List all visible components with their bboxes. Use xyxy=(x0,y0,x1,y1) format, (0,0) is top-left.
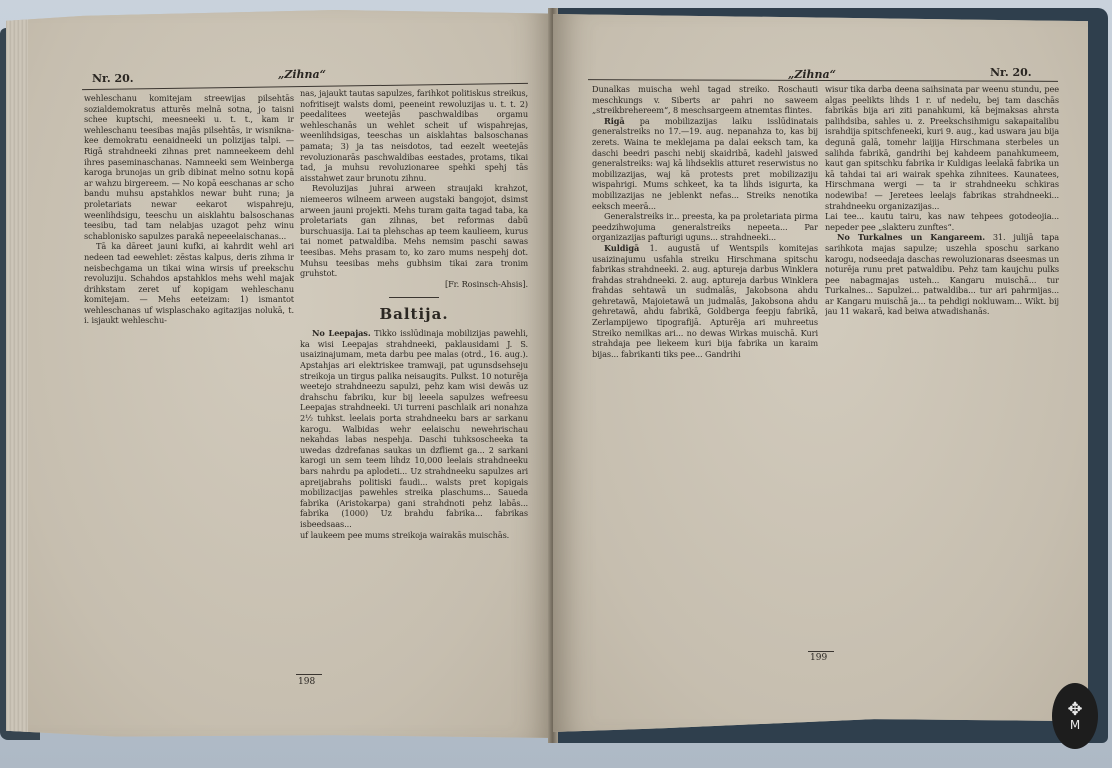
right-col2-paragraph-2: Lai tee... kautu tairu, kas naw tehpees … xyxy=(825,211,1059,232)
dateline-leepaja: No Leepajas. xyxy=(312,328,371,338)
right-col1-paragraph: Generalstreiks ir... preesta, ka pa prol… xyxy=(592,211,818,243)
left-page-number-rule xyxy=(296,674,322,675)
left-col1-paragraph: wehleschanu komitejam streewijas pilseht… xyxy=(84,93,294,241)
left-page-number: 198 xyxy=(298,677,315,687)
right-page-number: 199 xyxy=(810,653,827,663)
left-column-1: wehleschanu komitejam streewijas pilseht… xyxy=(84,93,294,678)
dateline-turkalne-kangari: No Turkalnes un Kangareem. xyxy=(837,232,985,242)
left-running-title: „Zihna“ xyxy=(278,68,326,81)
floral-diamond-ornament-icon: ✥ xyxy=(1067,701,1082,719)
section-divider xyxy=(389,297,439,298)
turkalne-report: 31. julijā tapa sarihkota majas sapulze;… xyxy=(825,232,1059,316)
dateline-kuldiga: Kuldigā xyxy=(604,243,639,253)
article-signature: [Fr. Rosinsch-Ahsis]. xyxy=(300,279,528,290)
left-col1-paragraph-end: Tā ka dāreet jauni kufki, ai kahrdit weh… xyxy=(84,241,294,326)
kuldiga-report: 1. augustā uf Wentspils komitejas usaizi… xyxy=(592,243,818,359)
left-col2-end: uf laukeem pee mums streikoja wairakās m… xyxy=(300,530,528,541)
right-col2-paragraph-1: wisur tika darba deena saihsinata par we… xyxy=(825,84,1059,211)
leepaja-report: Tikko isslūdinaja mobilizijas pawehli, k… xyxy=(300,328,528,529)
page-edges xyxy=(6,10,28,738)
dateline-riga: Rigā xyxy=(604,116,625,126)
left-col2-paragraph-2: Revoluzijas juhrai arween straujaki krah… xyxy=(300,183,528,278)
watermark-badge: ✥ M xyxy=(1052,683,1098,749)
left-issue-number: Nr. 20. xyxy=(92,72,134,85)
section-title-baltija: Baltija. xyxy=(300,304,528,324)
left-column-2: nas, jajaukt tautas sapulzes, farihkot p… xyxy=(300,88,528,680)
right-column-2: wisur tika darba deena saihsinata par we… xyxy=(825,84,1059,644)
left-col2-paragraph-1: nas, jajaukt tautas sapulzes, farihkot p… xyxy=(300,88,528,183)
riga-report: pa mobilizazijas laiku isslūdinatais gen… xyxy=(592,116,818,211)
right-page-number-rule xyxy=(808,651,834,652)
watermark-letter: M xyxy=(1070,719,1080,731)
right-col1-opening: Dunalkas muischa wehl tagad streiko. Ros… xyxy=(592,84,818,116)
right-column-1: Dunalkas muischa wehl tagad streiko. Ros… xyxy=(592,84,818,656)
right-issue-number: Nr. 20. xyxy=(990,66,1032,79)
